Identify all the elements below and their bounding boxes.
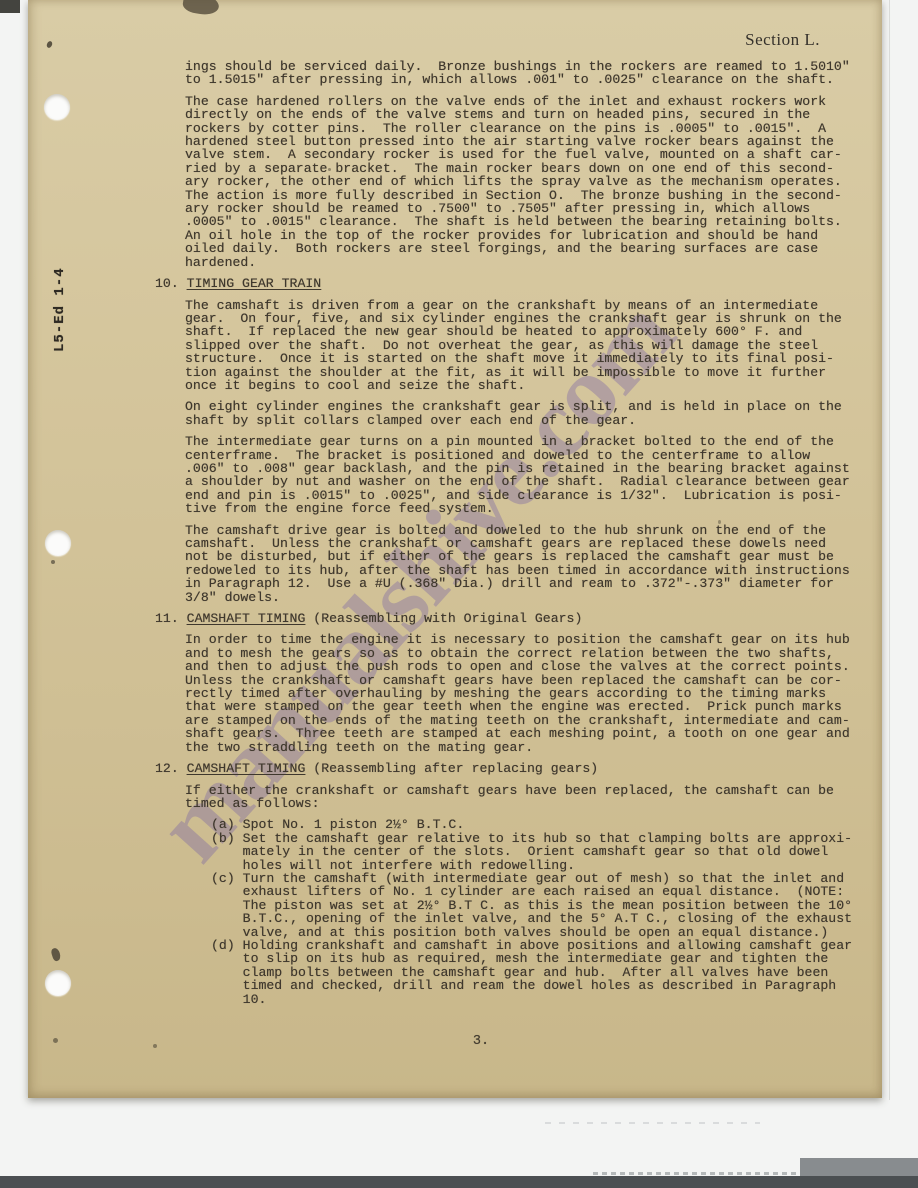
heading-title: CAMSHAFT TIMING: [187, 761, 306, 776]
ink-speck: [328, 168, 331, 171]
heading-number: 10.: [155, 276, 187, 291]
stain-mark: [182, 0, 221, 17]
paragraph: The camshaft drive gear is bolted and do…: [185, 524, 882, 604]
ink-speck: [51, 560, 55, 564]
section-label: Section L.: [745, 30, 820, 50]
scan-edge-line: [889, 0, 890, 1100]
section-heading-11: 11. CAMSHAFT TIMING (Reassembling with O…: [155, 612, 882, 625]
paragraph: If either the crankshaft or camshaft gea…: [185, 784, 882, 811]
scan-noise-dots: [593, 1172, 798, 1175]
punch-hole: [45, 970, 71, 996]
scanner-bed-bar: [0, 1176, 918, 1188]
ink-speck: [53, 1038, 58, 1043]
paragraph: The case hardened rollers on the valve e…: [185, 95, 882, 269]
timing-steps-list: (a) Spot No. 1 piston 2½° B.T.C. (b) Set…: [155, 818, 882, 1006]
list-item-d: (d) Holding crankshaft and camshaft in a…: [211, 939, 882, 1006]
list-item-a: (a) Spot No. 1 piston 2½° B.T.C.: [211, 818, 882, 831]
page-number: 3.: [466, 1034, 496, 1049]
ink-speck: [153, 1044, 157, 1048]
paragraph: ings should be serviced daily. Bronze bu…: [185, 60, 882, 87]
document-body: ings should be serviced daily. Bronze bu…: [155, 60, 882, 1006]
heading-number: 12.: [155, 761, 187, 776]
scan-noise: [545, 1118, 760, 1128]
section-heading-12: 12. CAMSHAFT TIMING (Reassembling after …: [155, 762, 882, 775]
scan-corner-artifact: [0, 0, 20, 13]
ink-speck: [46, 40, 53, 48]
paragraph: On eight cylinder engines the crankshaft…: [185, 400, 882, 427]
section-heading-10: 10. TIMING GEAR TRAIN: [155, 277, 882, 290]
punch-hole: [45, 530, 71, 556]
scanned-page: Section L. manualshive.com ings should b…: [28, 0, 882, 1098]
punch-hole: [44, 94, 70, 120]
list-item-b: (b) Set the camshaft gear relative to it…: [211, 832, 882, 872]
ink-speck: [718, 520, 721, 524]
heading-rest: (Reassembling after replacing gears): [305, 761, 598, 776]
edition-stamp: L5-Ed 1-4: [52, 257, 68, 352]
heading-number: 11.: [155, 611, 187, 626]
ink-speck: [50, 947, 62, 962]
paragraph: In order to time the engine it is necess…: [185, 633, 882, 754]
paragraph: The intermediate gear turns on a pin mou…: [185, 435, 882, 515]
list-item-c: (c) Turn the camshaft (with intermediate…: [211, 872, 882, 939]
heading-title: TIMING GEAR TRAIN: [187, 276, 322, 291]
paragraph: The camshaft is driven from a gear on th…: [185, 299, 882, 393]
heading-rest: (Reassembling with Original Gears): [305, 611, 582, 626]
heading-title: CAMSHAFT TIMING: [187, 611, 306, 626]
